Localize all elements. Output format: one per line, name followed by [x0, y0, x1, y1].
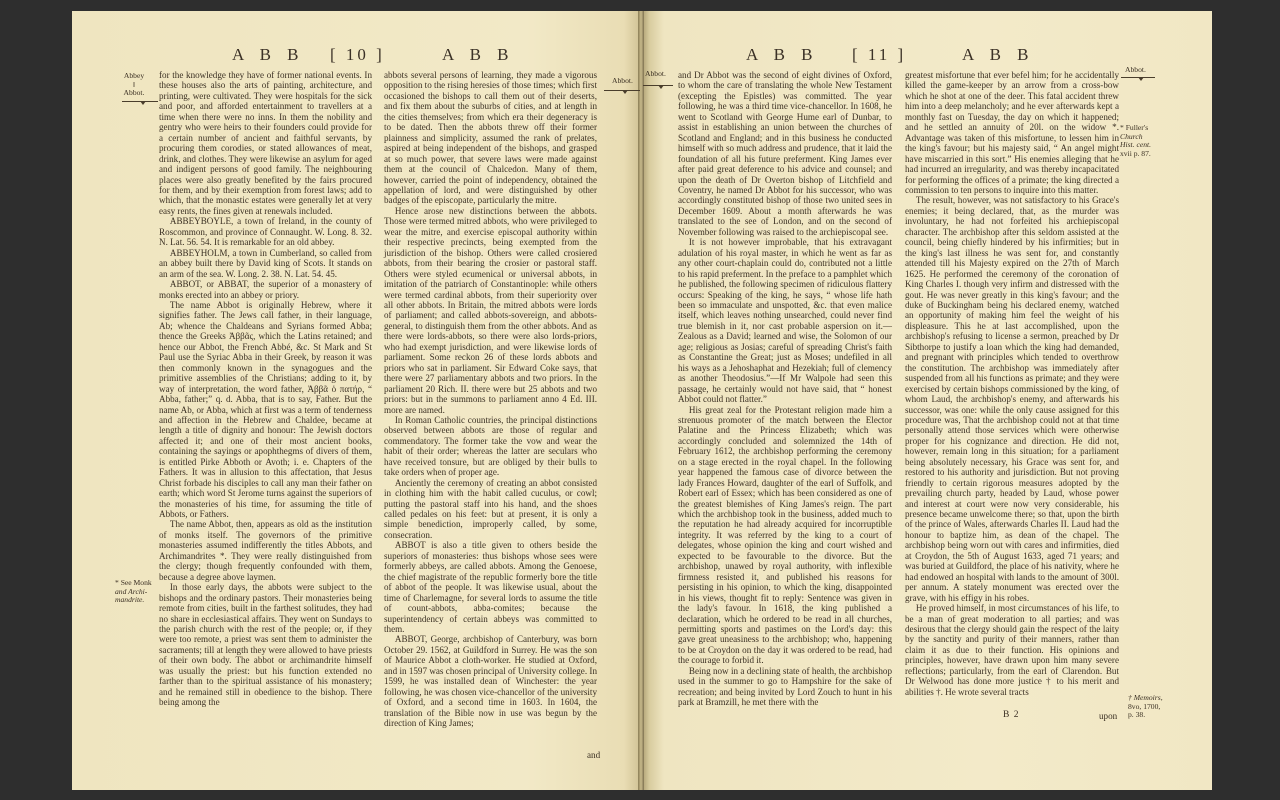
paragraph: Anciently the ceremony of creating an ab… — [384, 478, 597, 541]
footnote-see-monk: * See Monk and Archi- mandrite. — [115, 579, 157, 605]
left-page-column-1: for the knowledge they have of former na… — [159, 70, 372, 708]
right-page-column-2: greatest misfortune that ever befel him;… — [905, 70, 1119, 697]
paragraph: greatest misfortune that ever befel him;… — [905, 70, 1119, 195]
right-running-head-left: A B B — [746, 45, 819, 65]
footnote-fullers-church-history: * Fuller's Church Hist. cent. xvii p. 87… — [1120, 124, 1160, 158]
paragraph: It is not however improbable, that his e… — [678, 237, 892, 404]
left-running-head-right: A B B — [442, 45, 515, 65]
left-page-number: [ 10 ] — [330, 45, 385, 65]
right-catchword: upon — [1099, 711, 1117, 721]
brace-icon — [122, 93, 158, 102]
paragraph: for the knowledge they have of former na… — [159, 70, 372, 216]
paragraph: His great zeal for the Protestant religi… — [678, 405, 892, 666]
entry-abbeyboyle: ABBEYBOYLE, a town of Ireland, in the co… — [159, 216, 372, 247]
paragraph: and Dr Abbot was the second of eight div… — [678, 70, 892, 237]
right-page-number: [ 11 ] — [852, 45, 906, 65]
left-running-head-left: A B B — [232, 45, 305, 65]
entry-abbot-george: ABBOT, George, archbishop of Canterbury,… — [384, 634, 597, 728]
brace-icon — [1121, 69, 1155, 78]
paragraph: In those early days, the abbots were sub… — [159, 582, 372, 707]
paragraph: The name Abbot is originally Hebrew, whe… — [159, 300, 372, 520]
paragraph: abbots several persons of learning, they… — [384, 70, 597, 206]
left-page-column-2: abbots several persons of learning, they… — [384, 70, 597, 729]
entry-abbeyholm: ABBEYHOLM, a town in Cumberland, so call… — [159, 248, 372, 279]
book-gutter — [638, 11, 644, 790]
left-catchword: and — [587, 750, 600, 760]
signature-mark: B 2 — [1003, 710, 1019, 720]
paragraph: ABBOT is also a title given to others be… — [384, 540, 597, 634]
brace-icon — [643, 77, 673, 86]
paragraph: He proved himself, in most circumstances… — [905, 603, 1119, 697]
entry-abbot: ABBOT, or ABBAT, the superior of a monas… — [159, 279, 372, 300]
paragraph: The name Abbot, then, appears as old as … — [159, 519, 372, 582]
paragraph: The result, however, was not satisfactor… — [905, 195, 1119, 603]
brace-icon — [604, 82, 640, 91]
right-page-column-1: and Dr Abbot was the second of eight div… — [678, 70, 892, 708]
footnote-memoirs: † Memoirs, 8vo, 1700, p. 38. — [1128, 694, 1172, 720]
paragraph: Hence arose new distinctions between the… — [384, 206, 597, 415]
paragraph: Being now in a declining state of health… — [678, 666, 892, 708]
right-running-head-right: A B B — [962, 45, 1035, 65]
paragraph: In Roman Catholic countries, the princip… — [384, 415, 597, 478]
